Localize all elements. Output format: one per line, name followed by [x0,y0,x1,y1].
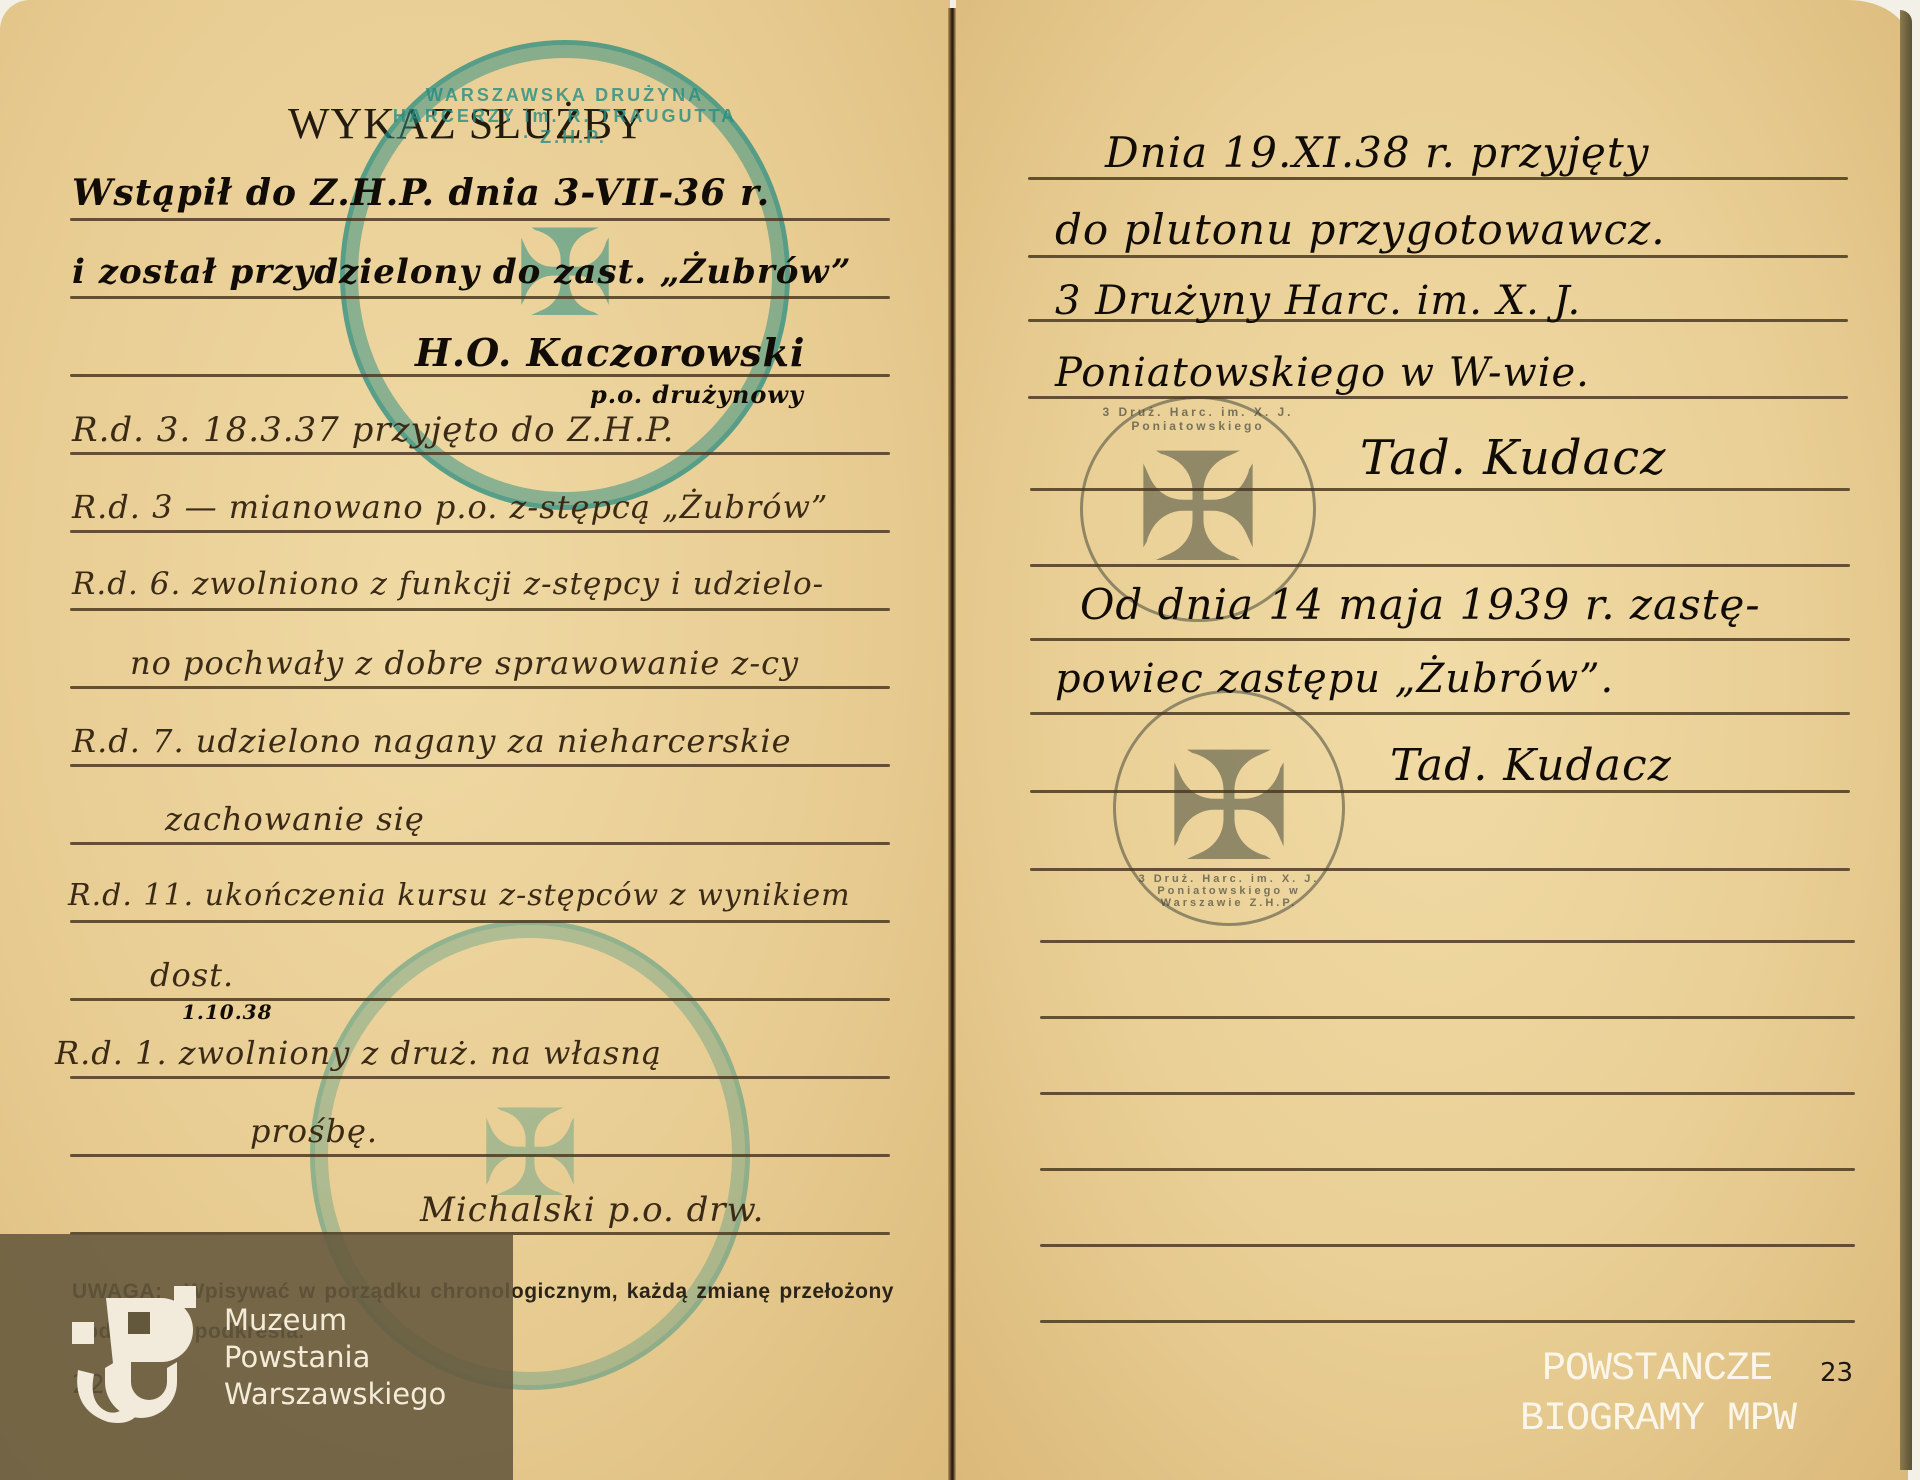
ruled-line [1030,638,1850,641]
entry-line: Od dnia 14 maja 1939 r. zastę- [1080,580,1761,629]
ruled-line [1030,488,1850,491]
scout-cross-icon: ✠ [1166,733,1292,883]
book-spine [948,8,956,1480]
entry-line: do plutonu przygotowawcz. [1055,205,1666,254]
stamp-text: 3 Druż. Harc. im. X. J. Poniatowskiego [1093,405,1303,433]
watermark-line: POWSTANCZE [1520,1345,1772,1395]
ruled-line [1030,868,1850,871]
ruled-line [1028,255,1848,258]
signature-title: p.o. drużynowy [590,380,804,409]
museum-name-line: Muzeum [224,1302,446,1339]
ruled-line [70,452,890,455]
entry-line: Wstąpił do Z.H.P. dnia 3-VII-36 r. [72,172,770,214]
entry-line: R.d. 3 — mianowano p.o. z-stępcą „Żubrów… [72,488,828,526]
entry-line: R.d. 11. ukończenia kursu z-stępców z wy… [68,878,851,913]
troop-stamp-2: ✠ 3 Druż. Harc. im. X. J. Poniatowskiego… [1113,690,1345,926]
ruled-line [70,296,890,299]
museum-name-line: Warszawskiego [224,1376,446,1413]
signature: Michalski p.o. drw. [420,1190,764,1230]
ruled-line [70,218,890,221]
entry-line: Poniatowskiego w W-wie. [1055,350,1590,396]
ruled-line [1028,396,1848,399]
ruled-line [70,920,890,923]
entry-line: 3 Drużyny Harc. im. X. J. [1055,278,1581,324]
entry-line: R.d. 7. udzielono nagany za nieharcerski… [72,722,792,760]
biogramy-watermark: POWSTANCZE BIOGRAMY MPW [1520,1345,1796,1445]
ruled-line [1040,1168,1855,1171]
scout-cross-icon: ✠ [1135,434,1261,584]
entry-line: powiec zastępu „Żubrów”. [1055,656,1614,702]
ruled-line [1028,177,1848,180]
museum-name: Muzeum Powstania Warszawskiego [224,1302,446,1413]
page-edge [1900,10,1912,1470]
ruled-line [1040,1092,1855,1095]
page-number-right: 23 [1820,1358,1853,1388]
ruled-line [70,842,890,845]
entry-line: R.d. 3. 18.3.37 przyjęto do Z.H.P. [72,410,675,450]
document-spread: WYKAZ SŁUŻBY ✠ WARSZAWSKA DRUŻYNA HARCER… [0,0,1920,1480]
kotwica-anchor-logo-icon [66,1280,196,1430]
stamp-text: WARSZAWSKA DRUŻYNA HARCERZY im. R. TRAUG… [385,85,745,148]
entry-line: prośbę. [250,1112,378,1150]
signature: Tad. Kudacz [1360,430,1666,486]
ruled-line [1040,1320,1855,1323]
entry-line: R.d. 1. zwolniony z druż. na własną [55,1034,662,1072]
entry-line: dost. [150,956,234,994]
watermark-line: BIOGRAMY MPW [1520,1395,1796,1445]
entry-line: R.d. 6. zwolniono z funkcji z-stępcy i u… [72,566,824,602]
entry-line: no pochwały z dobre sprawowanie z-cy [130,644,799,682]
ruled-line [70,608,890,611]
entry-line: Dnia 19.XI.38 r. przyjęty [1105,128,1649,177]
ruled-line [70,1076,890,1079]
museum-name-line: Powstania [224,1339,446,1376]
ruled-line [1040,940,1855,943]
ruled-line [1030,564,1850,567]
ruled-line [1040,1016,1855,1019]
signature: Tad. Kudacz [1390,740,1672,791]
entry-line: i został przydzielony do zast. „Żubrów” [72,252,852,292]
ruled-line [1030,712,1850,715]
ruled-line [1040,1244,1855,1247]
ruled-line [70,530,890,533]
stamp-text: 3 Druż. Harc. im. X. J. Poniatowskiego w… [1126,873,1332,909]
signature: H.O. Kaczorowski [415,330,805,375]
ruled-line [70,686,890,689]
ruled-line [70,1154,890,1157]
entry-date: 1.10.38 [182,1000,273,1024]
entry-line: zachowanie się [165,800,425,838]
ruled-line [70,764,890,767]
